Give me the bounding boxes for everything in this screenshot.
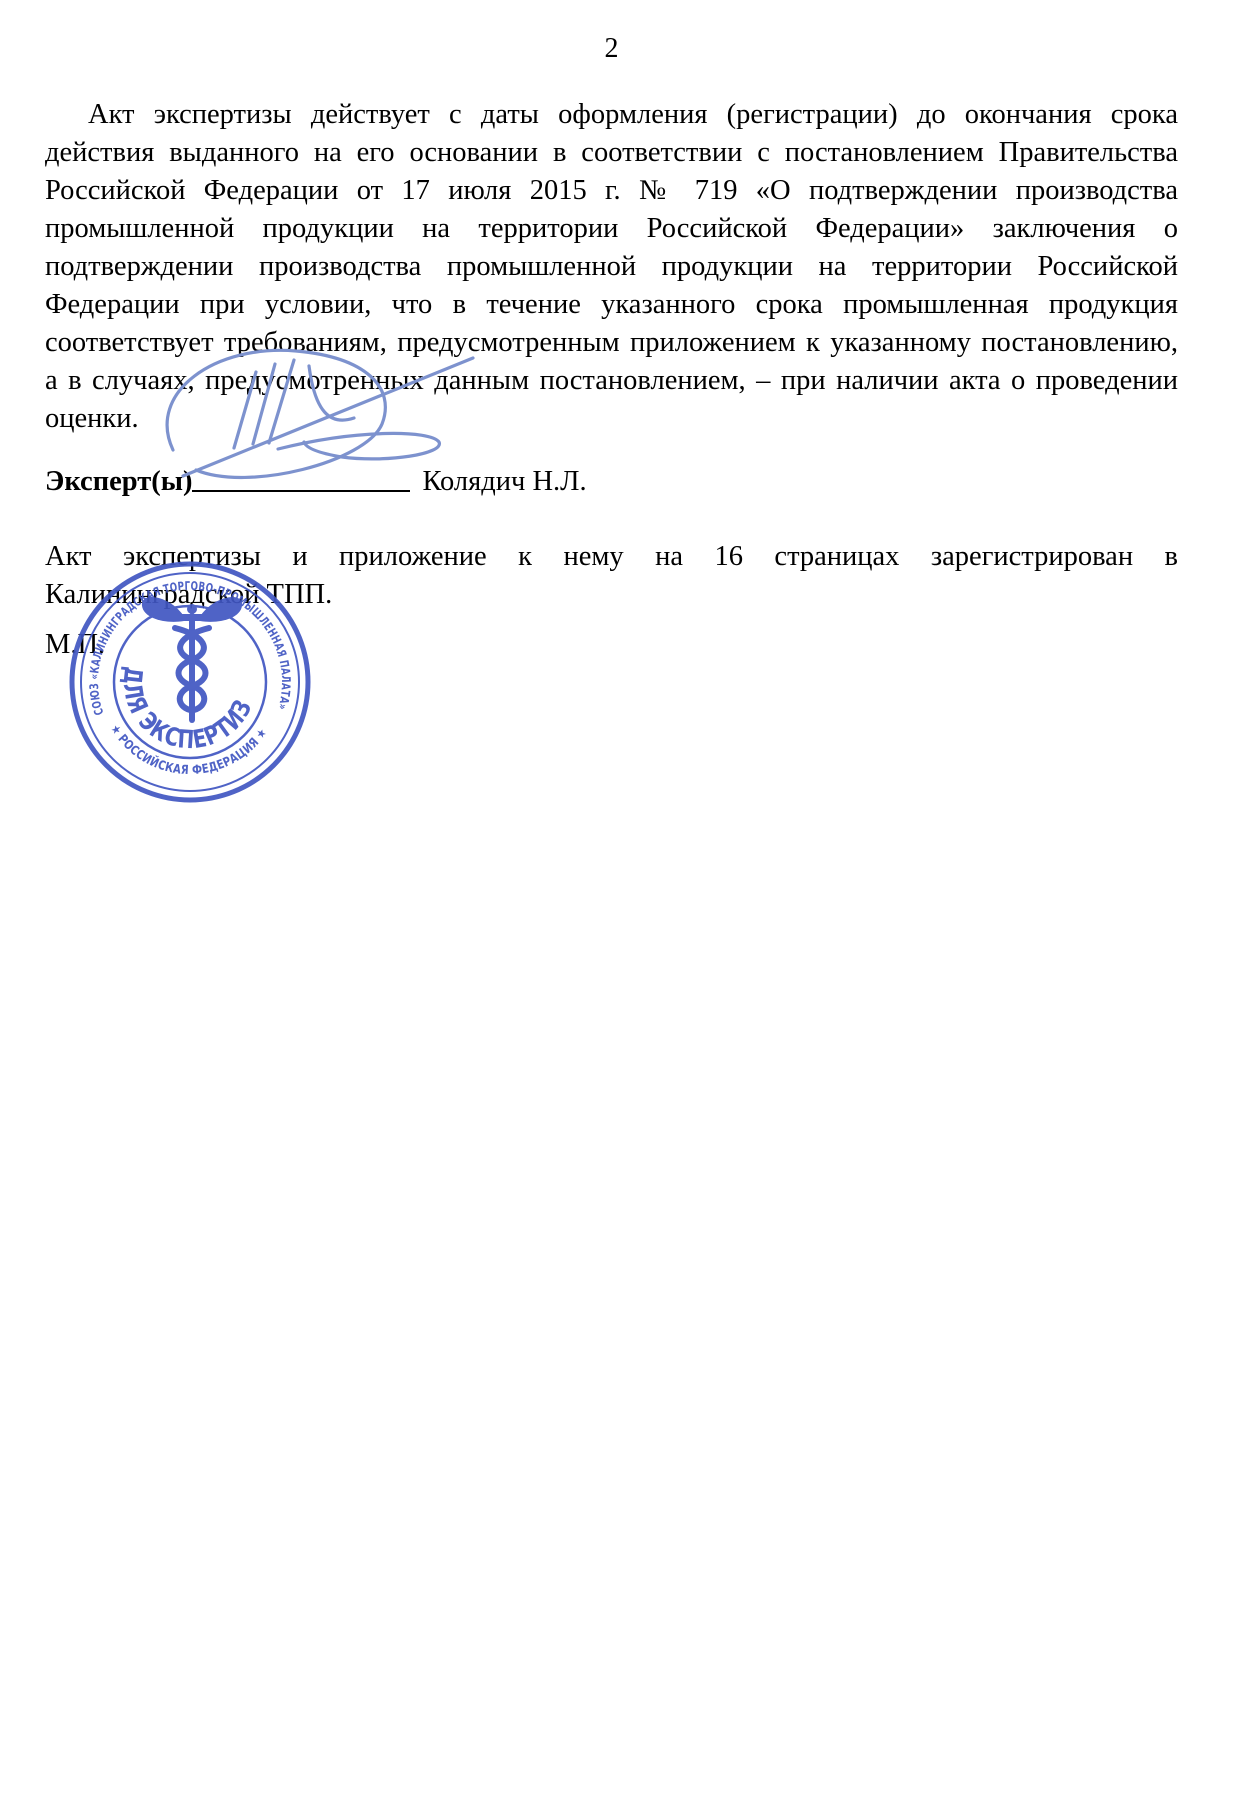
expert-label: Эксперт(ы)	[45, 466, 192, 497]
main-paragraph: Акт экспертизы действует с даты оформлен…	[45, 96, 1178, 438]
caduceus-staff-and-snakes	[175, 616, 209, 720]
stamp: СОЮЗ «КАЛИНИНГРАДСКАЯ ТОРГОВО-ПРОМЫШЛЕНН…	[64, 556, 316, 808]
document-page: 2 Акт экспертизы действует с даты оформл…	[0, 0, 1250, 1812]
expert-name: Колядич Н.Л.	[422, 466, 586, 497]
page-number: 2	[45, 30, 1178, 68]
expert-signature-row: Эксперт(ы)Колядич Н.Л.	[45, 462, 1178, 502]
caduceus-knob	[187, 604, 197, 614]
signature-blank-line	[192, 490, 410, 492]
